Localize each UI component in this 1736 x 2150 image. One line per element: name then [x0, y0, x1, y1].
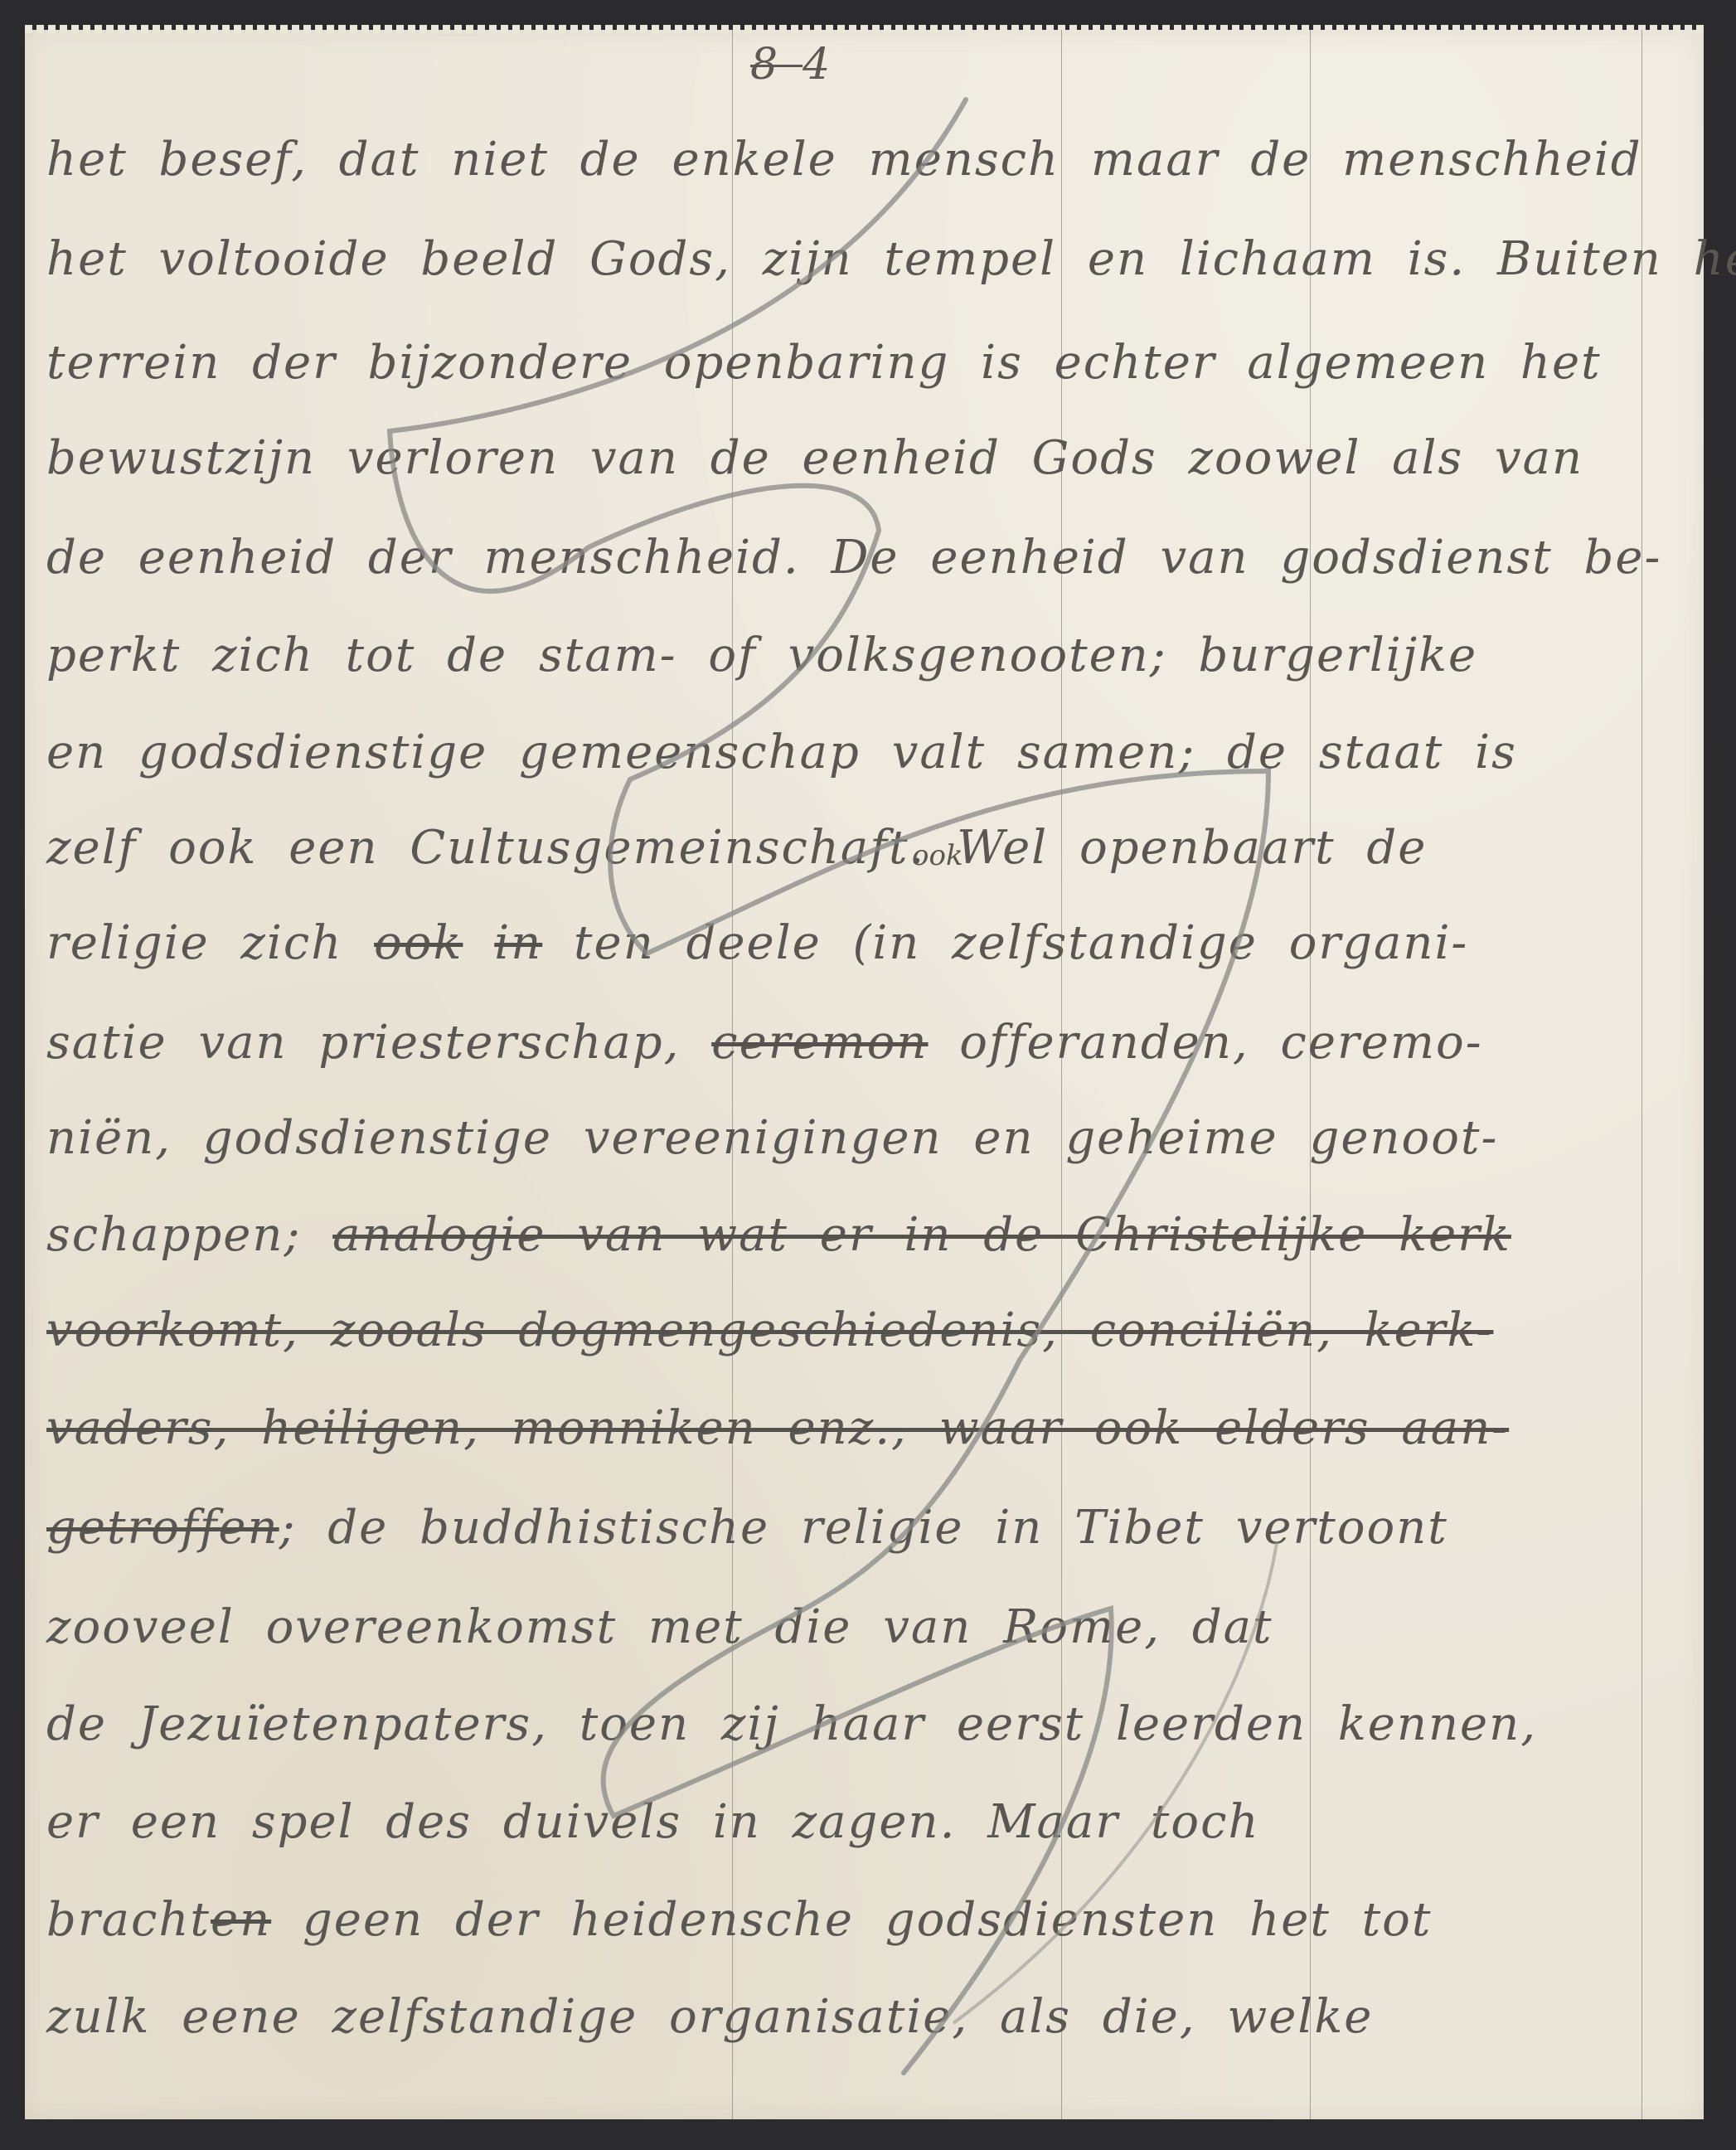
line-text: de eenheid der menschheid. De eenheid va… [46, 531, 1661, 585]
line-text: het besef, dat niet de enkele mensch maa… [46, 133, 1642, 187]
manuscript-line: terrein der bijzondere openbaring is ech… [46, 336, 1671, 390]
line-text: offeranden, ceremo- [929, 1016, 1483, 1070]
manuscript-line: het voltooide beeld Gods, zijn tempel en… [46, 232, 1671, 286]
line-text: ; de buddhistische religie in Tibet vert… [279, 1501, 1448, 1555]
interlinear-insertion: ook [912, 839, 963, 872]
line-text: niën, godsdienstige vereenigingen en geh… [46, 1111, 1498, 1165]
manuscript-line: bewustzijn verloren van de eenheid Gods … [46, 431, 1671, 485]
manuscript-line: satie van priesterschap, ceremon offeran… [46, 1016, 1671, 1070]
line-text: schappen; [46, 1208, 332, 1262]
line-text: terrein der bijzondere openbaring is ech… [46, 336, 1602, 390]
manuscript-line: er een spel des duivels in zagen. Maar t… [46, 1795, 1671, 1849]
manuscript-line: zelf ook een Cultusgemeinschaft. Wel ope… [46, 821, 1671, 875]
line-text: zelf ook een Cultusgemeinschaft. Wel ope… [46, 821, 1427, 875]
manuscript-line: zulk eene zelfstandige organisatie, als … [46, 1990, 1671, 2044]
line-text: er een spel des duivels in zagen. Maar t… [46, 1795, 1260, 1849]
manuscript-line: vaders, heiligen, monniken enz., waar oo… [46, 1401, 1671, 1455]
deleted-text: voorkomt, zooals dogmengeschiedenis, con… [46, 1303, 1493, 1357]
deleted-text: vaders, heiligen, monniken enz., waar oo… [46, 1401, 1509, 1455]
line-text: geen der heidensche godsdiensten het tot [271, 1893, 1432, 1947]
deleted-text: getroffen [46, 1501, 279, 1555]
manuscript-line: niën, godsdienstige vereenigingen en geh… [46, 1111, 1671, 1165]
line-text: perkt zich tot de stam- of volksgenooten… [46, 628, 1477, 682]
line-text [463, 916, 494, 970]
line-text: religie zich [46, 916, 374, 970]
line-text: satie van priesterschap, [46, 1016, 711, 1070]
page-number-current: 4 [803, 40, 855, 90]
manuscript-line: de Jezuïetenpaters, toen zij haar eerst … [46, 1697, 1671, 1751]
deleted-text: ook [374, 916, 463, 970]
line-text: bracht [46, 1893, 211, 1947]
manuscript-line: de eenheid der menschheid. De eenheid va… [46, 531, 1671, 585]
deleted-text: ceremon [711, 1016, 928, 1070]
line-text: zooveel overeenkomst met die van Rome, d… [46, 1600, 1273, 1654]
manuscript-line: schappen; analogie van wat er in de Chri… [46, 1208, 1671, 1262]
line-text: het voltooide beeld Gods, zijn tempel en… [46, 232, 1736, 286]
line-text: zulk eene zelfstandige organisatie, als … [46, 1990, 1373, 2044]
manuscript-line: en godsdienstige gemeenschap valt samen;… [46, 726, 1671, 779]
manuscript-line: perkt zich tot de stam- of volksgenooten… [46, 628, 1671, 682]
manuscript-line: zooveel overeenkomst met die van Rome, d… [46, 1600, 1671, 1654]
manuscript-line: voorkomt, zooals dogmengeschiedenis, con… [46, 1303, 1671, 1357]
line-text: ten deele (in zelfstandige organi- [542, 916, 1468, 970]
line-text: en godsdienstige gemeenschap valt samen;… [46, 726, 1517, 779]
manuscript-line: getroffen; de buddhistische religie in T… [46, 1501, 1671, 1555]
manuscript-line: het besef, dat niet de enkele mensch maa… [46, 133, 1671, 187]
page-number: 84 [750, 40, 855, 90]
deleted-text: analogie van wat er in de Christelijke k… [332, 1208, 1511, 1262]
line-text: de Jezuïetenpaters, toen zij haar eerst … [46, 1697, 1537, 1751]
line-text: bewustzijn verloren van de eenheid Gods … [46, 431, 1583, 485]
page-number-struck: 8 [750, 40, 803, 90]
deleted-text: en [211, 1893, 271, 1947]
deleted-text: in [494, 916, 542, 970]
manuscript-line: religie zich ook in ten deele (in zelfst… [46, 916, 1671, 970]
manuscript-line: brachten geen der heidensche godsdienste… [46, 1893, 1671, 1947]
